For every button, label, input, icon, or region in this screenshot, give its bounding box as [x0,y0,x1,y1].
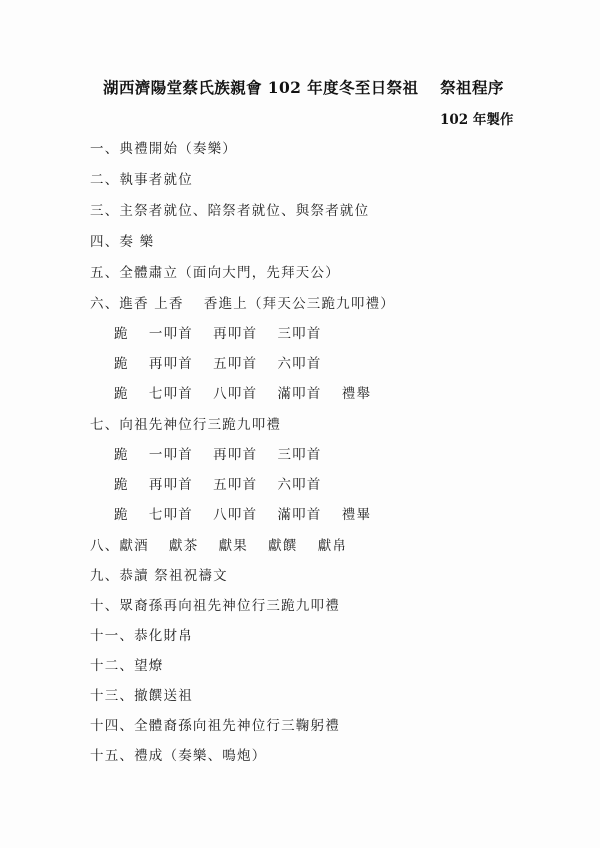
program-substep-6-1: 跪 一叩首 再叩首 三叩首 [114,322,322,342]
program-step-6: 六、進香 上香 香進上（拜天公三跪九叩禮） [90,292,395,312]
program-substep-7-1: 跪 一叩首 再叩首 三叩首 [114,443,322,463]
document-date-label: 102 年製作 [440,108,513,128]
program-step-9: 九、恭讀 祭祖祝禱文 [90,564,228,584]
program-step-11: 十一、恭化財帛 [90,624,193,644]
program-substep-7-2: 跪 再叩首 五叩首 六叩首 [114,473,322,493]
program-step-2: 二、執事者就位 [90,168,193,188]
program-step-1: 一、典禮開始（奏樂） [90,137,237,157]
program-step-12: 十二、望燎 [90,654,164,674]
program-step-7: 七、向祖先神位行三跪九叩禮 [90,413,281,433]
document-page: 湖西濟陽堂蔡氏族親會 102 年度冬至日祭祖 祭祖程序 102 年製作 一、典禮… [0,0,600,848]
program-step-3: 三、主祭者就位、陪祭者就位、與祭者就位 [90,199,369,219]
program-substep-6-3: 跪 七叩首 八叩首 滿叩首 禮舉 [114,382,371,402]
program-step-4: 四、奏 樂 [90,230,154,250]
program-substep-6-2: 跪 再叩首 五叩首 六叩首 [114,352,322,372]
program-step-14: 十四、全體裔孫向祖先神位行三鞠躬禮 [90,714,340,734]
program-substep-7-3: 跪 七叩首 八叩首 滿叩首 禮畢 [114,503,371,523]
document-title: 湖西濟陽堂蔡氏族親會 102 年度冬至日祭祖 祭祖程序 [103,76,504,98]
program-step-5: 五、全體肅立（面向大門，先拜天公） [90,261,340,281]
program-step-10: 十、眾裔孫再向祖先神位行三跪九叩禮 [90,594,340,614]
program-step-15: 十五、禮成（奏樂、鳴炮） [90,744,266,764]
program-step-8: 八、獻酒 獻茶 獻果 獻饌 獻帛 [90,534,347,554]
program-step-13: 十三、撤饌送祖 [90,684,193,704]
